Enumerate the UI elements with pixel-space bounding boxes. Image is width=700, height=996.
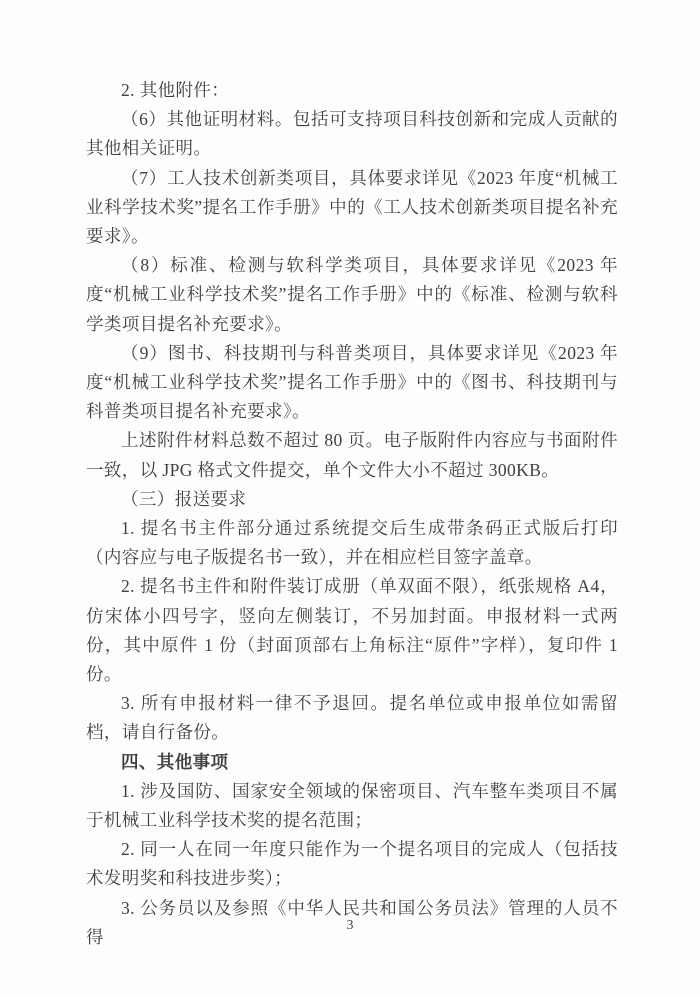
- page-number: 3: [0, 918, 700, 934]
- paragraph-attachment-limits: 上述附件材料总数不超过 80 页。电子版附件内容应与书面附件一致，以 JPG 格…: [86, 426, 618, 484]
- paragraph-submission-item-2: 2. 提名书主件和附件装订成册（单双面不限），纸张规格 A4，仿宋体小四号字，竖…: [86, 572, 618, 689]
- section-heading-other-matters: 四、其他事项: [86, 748, 618, 777]
- paragraph-item-8: （8）标准、检测与软科学类项目，具体要求详见《2023 年度“机械工业科学技术奖…: [86, 251, 618, 339]
- paragraph-submission-item-1: 1. 提名书主件部分通过系统提交后生成带条码正式版后打印（内容应与电子版提名书一…: [86, 514, 618, 572]
- paragraph-item-6: （6）其他证明材料。包括可支持项目科技创新和完成人贡献的其他相关证明。: [86, 105, 618, 163]
- paragraph-other-matters-item-2: 2. 同一人在同一年度只能作为一个提名项目的完成人（包括技术发明奖和科技进步奖）…: [86, 835, 618, 893]
- paragraph-other-attachments-heading: 2. 其他附件：: [86, 76, 618, 105]
- paragraph-submission-item-3: 3. 所有申报材料一律不予退回。提名单位或申报单位如需留档，请自行备份。: [86, 689, 618, 747]
- paragraph-item-9: （9）图书、科技期刊与科普类项目，具体要求详见《2023 年度“机械工业科学技术…: [86, 339, 618, 427]
- paragraph-item-7: （7）工人技术创新类项目，具体要求详见《2023 年度“机械工业科学技术奖”提名…: [86, 164, 618, 252]
- paragraph-submission-requirements-heading: （三）报送要求: [86, 485, 618, 514]
- document-body: 2. 其他附件： （6）其他证明材料。包括可支持项目科技创新和完成人贡献的其他相…: [86, 76, 618, 952]
- document-page: 2. 其他附件： （6）其他证明材料。包括可支持项目科技创新和完成人贡献的其他相…: [0, 0, 700, 996]
- paragraph-other-matters-item-1: 1. 涉及国防、国家安全领域的保密项目、汽车整车类项目不属于机械工业科学技术奖的…: [86, 777, 618, 835]
